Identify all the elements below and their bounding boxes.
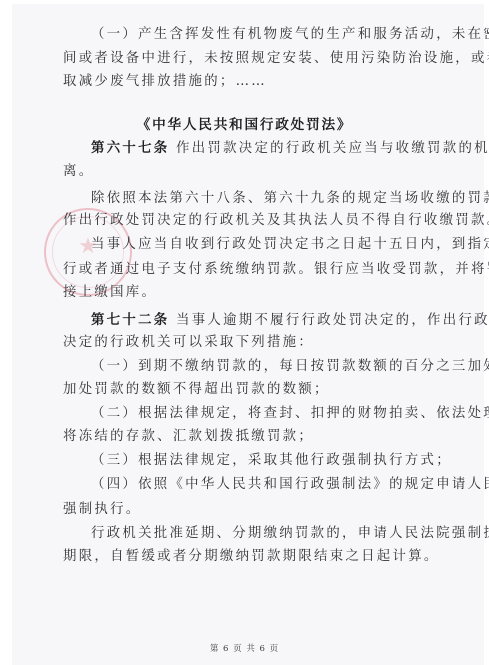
article-72-item-2-line-2: 将冻结的存款、汇款划拨抵缴罚款； <box>63 428 433 446</box>
article-72-item-3-line-1: （三）根据法律规定，采取其他行政强制执行方式； <box>91 452 433 470</box>
article-72-item-1-line-2: 加处罚款的数额不得超出罚款的数额； <box>63 381 433 399</box>
article-67-line-1-text: 作出罚款决定的行政机关应当与收缴罚款的机构分 <box>169 141 489 156</box>
article-67-para2-line-2: 作出行政处罚决定的行政机关及其执法人员不得自行收缴罚款。 <box>63 212 433 230</box>
article-67-para3-line-3: 接上缴国库。 <box>63 284 433 302</box>
article-72-closing-line-2: 期限，自暂缓或者分期缴纳罚款期限结束之日起计算。 <box>63 548 433 566</box>
article-67-line-1: 第六十七条 作出罚款决定的行政机关应当与收缴罚款的机构分 <box>91 139 433 158</box>
article-72-line-1-text: 当事人逾期不履行行政处罚决定的，作出行政处罚 <box>169 313 489 328</box>
law-title: 《中华人民共和国行政处罚法》 <box>0 116 489 134</box>
intro-line-3: 取减少废气排放措施的；…… <box>63 73 433 91</box>
article-72-heading: 第七十二条 <box>91 312 169 328</box>
intro-line-1: （一）产生含挥发性有机物废气的生产和服务活动，未在密闭空 <box>91 26 433 44</box>
article-67-para2-line-1: 除依照本法第六十八条、第六十九条的规定当场收缴的罚款外， <box>91 190 433 208</box>
page-number-footer: 第 6 页 共 6 页 <box>0 643 489 655</box>
article-67-line-2: 离。 <box>63 163 433 181</box>
article-72-closing-line-1: 行政机关批准延期、分期缴纳罚款的，申请人民法院强制执行的 <box>91 525 433 543</box>
article-72-item-2-line-1: （二）根据法律规定，将查封、扣押的财物拍卖、依法处理或者 <box>91 405 433 423</box>
article-67-heading: 第六十七条 <box>91 140 169 156</box>
article-72-item-4-line-2: 强制执行。 <box>63 501 433 519</box>
article-72-item-1-line-1: （一）到期不缴纳罚款的，每日按罚款数额的百分之三加处罚款， <box>91 358 433 376</box>
article-72-item-4-line-1: （四）依照《中华人民共和国行政强制法》的规定申请人民法院 <box>91 476 433 494</box>
article-67-para3-line-2: 行或者通过电子支付系统缴纳罚款。银行应当收受罚款，并将罚款直 <box>63 261 433 279</box>
article-72-line-1: 第七十二条 当事人逾期不履行行政处罚决定的，作出行政处罚 <box>91 311 433 330</box>
intro-line-2: 间或者设备中进行，未按照规定安装、使用污染防治设施，或者未采 <box>63 50 433 68</box>
article-72-line-2: 决定的行政机关可以采取下列措施： <box>63 334 433 352</box>
article-67-para3-line-1: 当事人应当自收到行政处罚决定书之日起十五日内，到指定的银 <box>91 236 433 254</box>
